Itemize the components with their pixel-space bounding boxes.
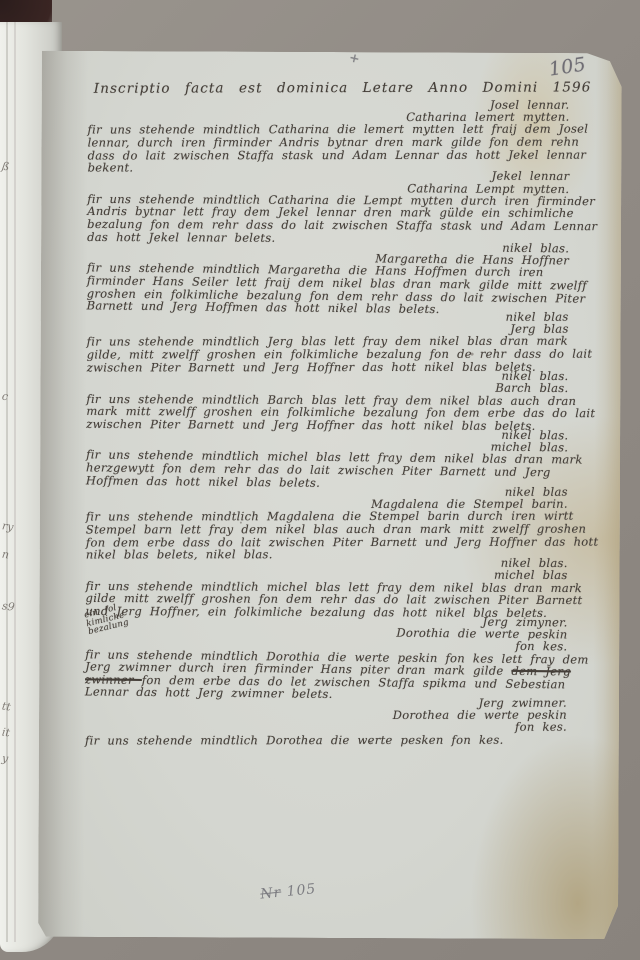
register-entry: Jerg zwimner.Dorothea die werte peskinfo… <box>85 697 601 747</box>
body-text-segment: fir uns stehende mindtlich Dorothea die … <box>85 733 504 748</box>
register-entry: Jekel lennarCatharina Lempt mytten. fir … <box>87 168 603 245</box>
gutter-shadow <box>38 51 88 937</box>
gutter-ink-fragment: tt <box>1 699 12 713</box>
register-entry: Josel lennar.Catharina lemert mytten. fi… <box>88 98 604 174</box>
handwritten-text-block: + 105 Inscriptio facta est dominica Leta… <box>85 65 604 751</box>
body-text-segment: fir uns stehende mindtlich Margaretha di… <box>87 261 587 316</box>
entry-party-names: nikel blasMagdalena die Stempel barin. <box>86 485 602 510</box>
entry-body-text: fir uns stehende mindtlich Catharina die… <box>88 123 604 174</box>
gutter-ink-fragment: ry <box>1 519 14 533</box>
manuscript-page: + 105 Inscriptio facta est dominica Leta… <box>38 51 622 940</box>
entry-party-names: nikel blas.michel blas <box>86 555 602 582</box>
pencil-cross-mark: + <box>349 51 361 65</box>
body-text-segment: fir uns stehende mindtlich michel blas l… <box>86 448 583 490</box>
register-entry: Jerg zimyner.Dorothia die werte peskinfo… <box>85 612 602 704</box>
entry-party-name: Dorothea die werte peskin <box>85 709 567 722</box>
archival-pencil-note: Nr 105 <box>260 881 317 903</box>
pencil-note-struck-part: Nr <box>260 885 282 903</box>
register-entry: nikel blas.Margaretha die Hans Hoffner f… <box>87 238 604 318</box>
manuscript-photo: { "photo": { "background_color": "#918b8… <box>0 0 640 960</box>
inscription-heading: Inscriptio facta est dominica Letare Ann… <box>94 81 604 95</box>
entry-party-names: Josel lennar.Catharina lemert mytten. <box>88 98 604 123</box>
entries: Josel lennar.Catharina lemert mytten. fi… <box>85 98 604 748</box>
entry-party-names: Jerg zwimner.Dorothea die werte peskinfo… <box>85 697 601 735</box>
folio-number: 105 <box>548 58 587 76</box>
entry-party-names: Jekel lennarCatharina Lempt mytten. <box>87 168 603 195</box>
register-entry: nikel blas.Barch blas. fir uns stehende … <box>86 368 602 432</box>
entry-body-text: fir uns stehende mindtlich Magdalena die… <box>86 510 602 561</box>
register-entry: nikel blasMagdalena die Stempel barin. f… <box>86 485 602 561</box>
register-entry: nikel blas.michel blas fir uns stehende … <box>85 555 601 619</box>
register-entry: nikel blasJerg blas fir uns stehende min… <box>87 311 603 374</box>
entry-party-name: nikel blas <box>87 311 569 324</box>
entry-body-text: fir uns stehende mindtlich Dorothea die … <box>85 734 601 747</box>
pencil-note-number: 105 <box>286 881 317 900</box>
entry-party-names: nikel blas.Barch blas. <box>86 368 602 395</box>
page-edge-line <box>14 22 16 942</box>
gutter-ink-fragment: s9 <box>1 599 15 614</box>
body-text-segment: fir uns stehende mindtlich Catharina die… <box>88 122 589 175</box>
body-text-segment: fir uns stehende mindtlich Catharina die… <box>87 192 597 245</box>
register-entry: nikel blas.michel blas. fir uns stehende… <box>86 425 603 493</box>
body-text-segment: fir uns stehende mindtlich Magdalena die… <box>86 509 599 562</box>
entry-party-names: nikel blasJerg blas <box>87 311 603 336</box>
